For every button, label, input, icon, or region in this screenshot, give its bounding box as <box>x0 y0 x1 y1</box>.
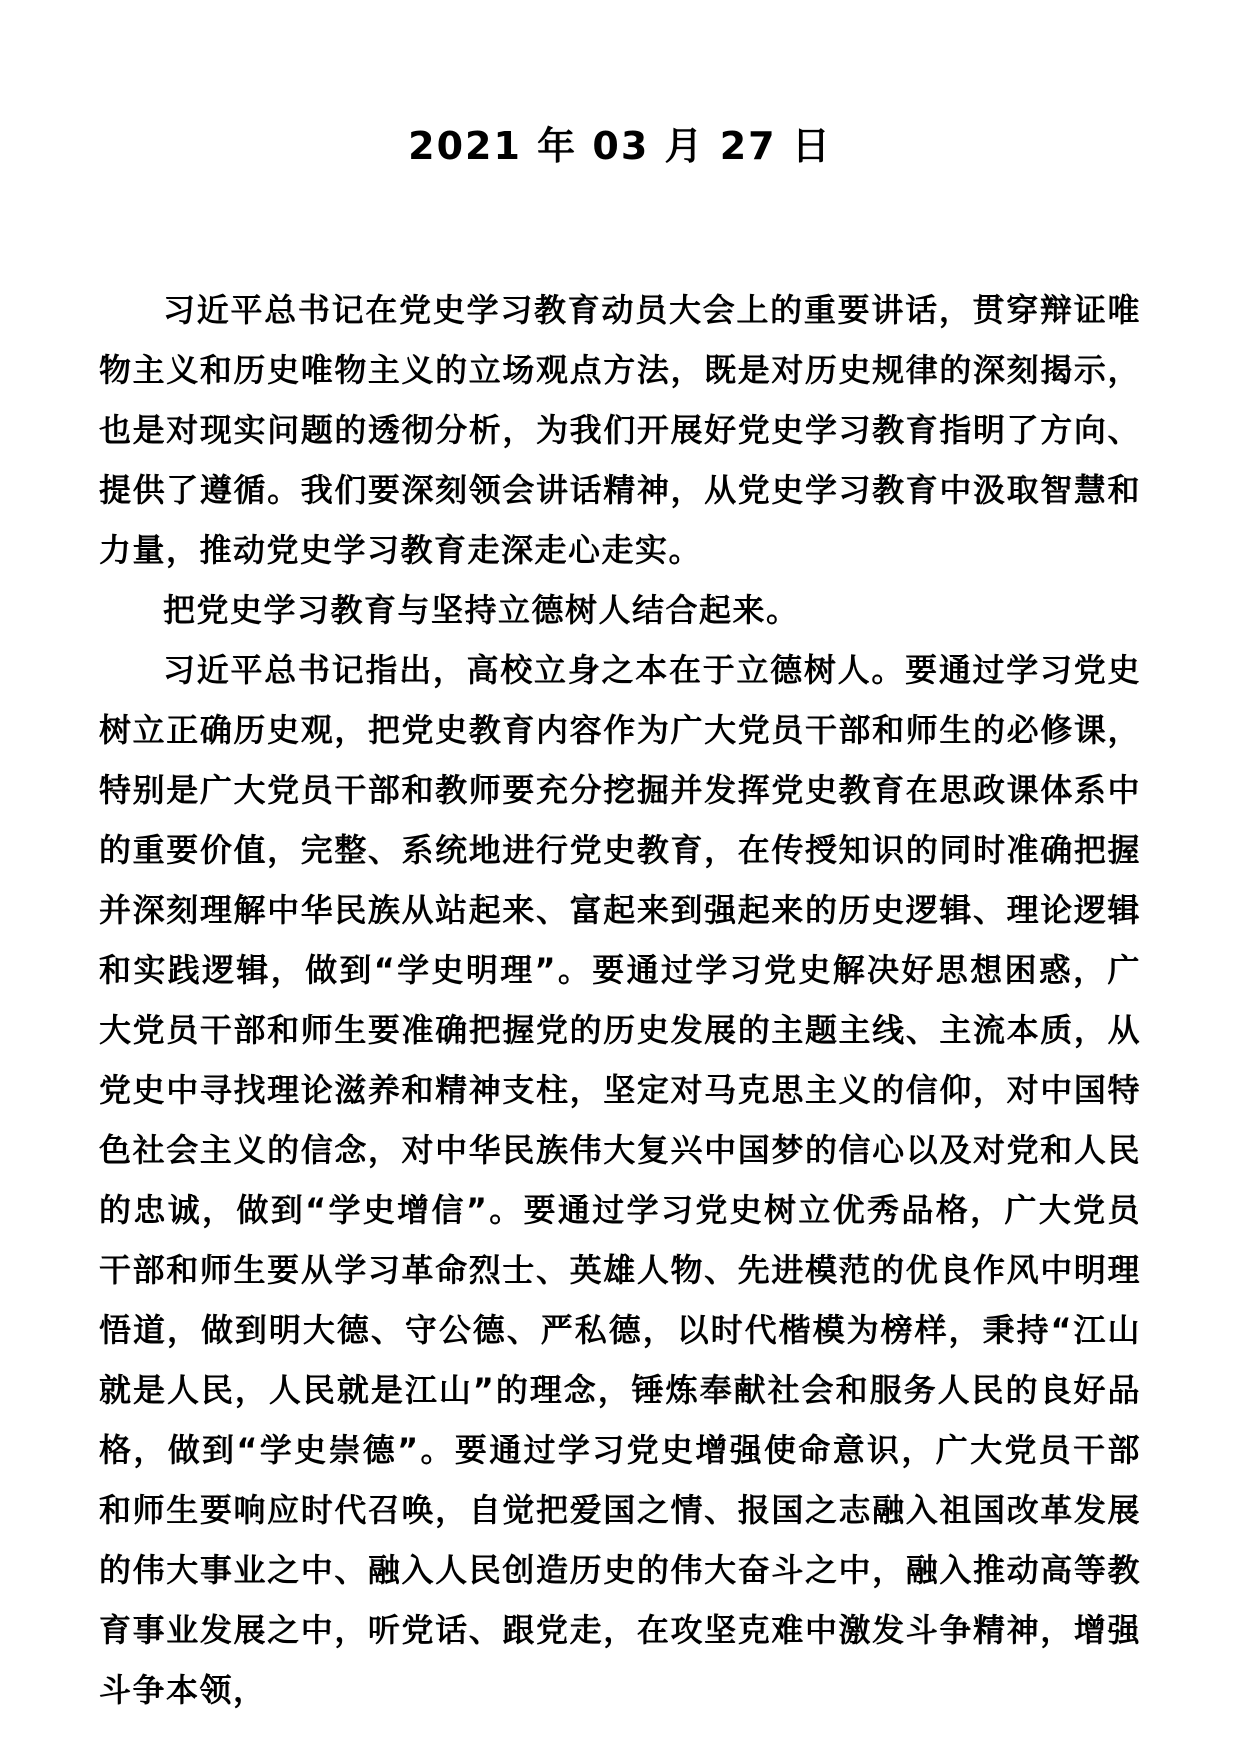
document-page: 2021 年 03 月 27 日 习近平总书记在党史学习教育动员大会上的重要讲话… <box>0 0 1240 1754</box>
document-body: 习近平总书记在党史学习教育动员大会上的重要讲话，贯穿辩证唯物主义和历史唯物主义的… <box>99 280 1141 1720</box>
paragraph-main: 习近平总书记指出，高校立身之本在于立德树人。要通过学习党史树立正确历史观，把党史… <box>99 640 1141 1720</box>
paragraph-intro: 习近平总书记在党史学习教育动员大会上的重要讲话，贯穿辩证唯物主义和历史唯物主义的… <box>99 280 1141 580</box>
date-title: 2021 年 03 月 27 日 <box>0 118 1240 174</box>
paragraph-subheading: 把党史学习教育与坚持立德树人结合起来。 <box>99 580 1141 640</box>
